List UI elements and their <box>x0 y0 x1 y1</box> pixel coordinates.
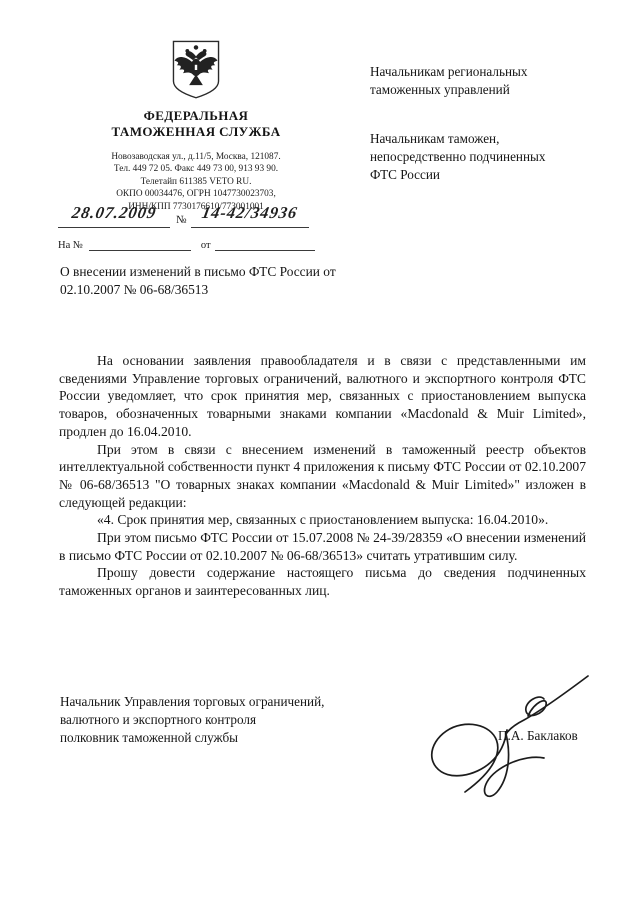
coat-of-arms-icon <box>170 38 222 102</box>
signer-name: П.А. Баклаков <box>498 728 578 744</box>
org-name-line1: ФЕДЕРАЛЬНАЯ <box>55 108 337 124</box>
letter-date-field: 28.07.2009 <box>58 203 170 228</box>
addressee-line: ФТС России <box>370 166 605 184</box>
addressee-line: непосредственно подчиненных <box>370 148 605 166</box>
body-paragraph-1: На основании заявления правообладателя и… <box>59 352 586 441</box>
contact-phone: Тел. 449 72 05. Факс 449 73 00, 913 93 9… <box>55 163 337 175</box>
reply-ref-number-field <box>89 234 191 251</box>
letterhead: ФЕДЕРАЛЬНАЯ ТАМОЖЕННАЯ СЛУЖБА Новозаводс… <box>55 38 337 213</box>
body-paragraph-3: «4. Срок принятия мер, связанных с приос… <box>59 511 586 529</box>
letter-subject: О внесении изменений в письмо ФТС России… <box>60 263 336 299</box>
signer-title-line: Начальник Управления торговых ограничени… <box>60 693 390 711</box>
number-sign: № <box>176 214 187 226</box>
body-paragraph-4: При этом письмо ФТС России от 15.07.2008… <box>59 529 586 564</box>
signer-title-line: полковник таможенной службы <box>60 729 390 747</box>
letter-date-handwritten: 28.07.2009 <box>70 203 158 223</box>
scanned-letter-page: ФЕДЕРАЛЬНАЯ ТАМОЖЕННАЯ СЛУЖБА Новозаводс… <box>0 0 640 900</box>
signer-title: Начальник Управления торговых ограничени… <box>60 693 390 746</box>
addressee-line: таможенных управлений <box>370 81 605 99</box>
addressee-regional-directorates: Начальникам региональных таможенных упра… <box>370 63 605 99</box>
letter-body: На основании заявления правообладателя и… <box>59 352 586 600</box>
addressee-customs-heads: Начальникам таможен, непосредственно под… <box>370 130 605 184</box>
contact-address: Новозаводская ул., д.11/5, Москва, 12108… <box>55 151 337 163</box>
addressees: Начальникам региональных таможенных упра… <box>370 63 605 215</box>
contact-okpo-ogrn: ОКПО 00034476, ОГРН 1047730023703, <box>55 188 337 200</box>
reply-ref-row: На №от <box>58 234 338 251</box>
letter-number-handwritten: 14-42/34936 <box>200 203 299 223</box>
signer-title-line: валютного и экспортного контроля <box>60 711 390 729</box>
addressee-line: Начальникам таможен, <box>370 130 605 148</box>
addressee-line: Начальникам региональных <box>370 63 605 81</box>
ref-row: 28.07.2009№14-42/34936 <box>58 203 338 229</box>
org-name-line2: ТАМОЖЕННАЯ СЛУЖБА <box>55 124 337 140</box>
contact-teletype: Телетайп 611385 VETO RU. <box>55 176 337 188</box>
letter-number-field: 14-42/34936 <box>191 203 309 228</box>
reply-ref-from-label: от <box>201 240 211 251</box>
reply-ref-label: На № <box>58 240 83 251</box>
reply-ref-date-field <box>215 234 315 251</box>
body-paragraph-2: При этом в связи с внесением изменений в… <box>59 441 586 512</box>
body-paragraph-5: Прошу довести содержание настоящего пись… <box>59 564 586 599</box>
